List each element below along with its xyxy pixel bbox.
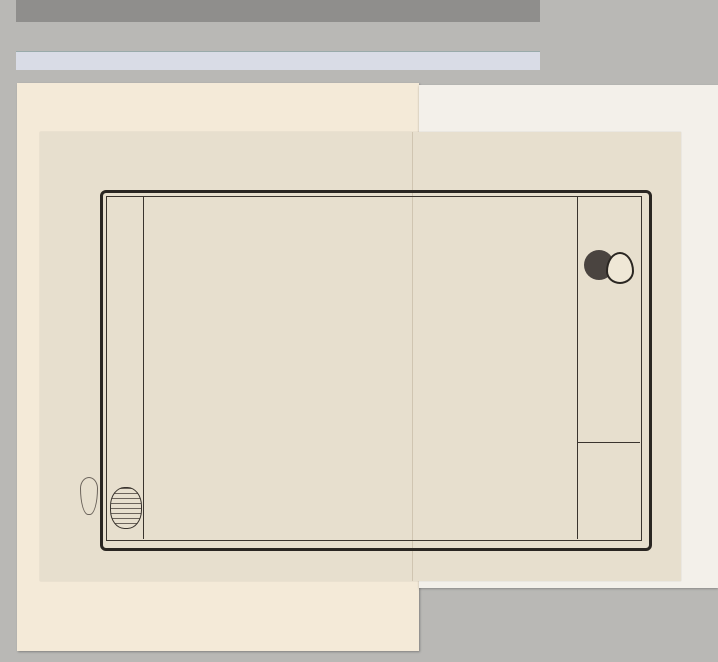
shop-divider bbox=[143, 196, 144, 539]
jewel-crest-icon bbox=[606, 252, 634, 284]
chart-label-bar bbox=[16, 0, 540, 22]
price-divider bbox=[577, 442, 640, 443]
print-inner-frame bbox=[106, 196, 642, 541]
lantern-icon bbox=[110, 487, 142, 529]
color-calibration-chart bbox=[16, 0, 540, 70]
measuring-ruler bbox=[16, 51, 540, 70]
title-divider bbox=[577, 196, 578, 539]
gray-scale-strip bbox=[16, 22, 540, 51]
